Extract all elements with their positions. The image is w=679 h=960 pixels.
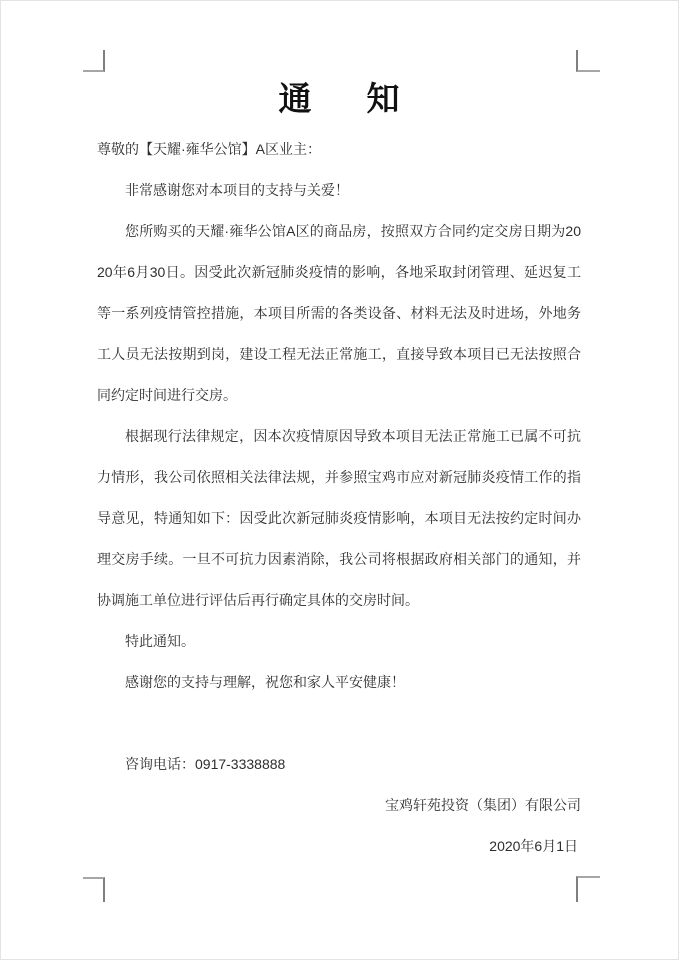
notice-document-page: 通 知 尊敬的【天耀·雍华公馆】A区业主： 非常感谢您对本项目的支持与关爱！ 您… <box>0 0 679 960</box>
salutation: 尊敬的【天耀·雍华公馆】A区业主： <box>97 129 581 170</box>
paragraph-hereby-notice: 特此通知。 <box>97 621 581 662</box>
contact-phone: 咨询电话：0917-3338888 <box>97 744 581 785</box>
paragraph-delay-explanation: 您所购买的天耀·雍华公馆A区的商品房，按照双方合同约定交房日期为2020年6月3… <box>97 211 581 416</box>
corner-mark-bottom-right-icon <box>576 876 600 902</box>
title-char-left: 通 <box>279 79 312 119</box>
paragraph-thanks-intro: 非常感谢您对本项目的支持与关爱！ <box>97 170 581 211</box>
document-body: 通 知 尊敬的【天耀·雍华公馆】A区业主： 非常感谢您对本项目的支持与关爱！ 您… <box>97 1 581 867</box>
title-char-right: 知 <box>367 79 400 119</box>
company-signature: 宝鸡轩苑投资（集团）有限公司 <box>97 785 581 826</box>
paragraph-wellwishes: 感谢您的支持与理解，祝您和家人平安健康！ <box>97 662 581 703</box>
corner-mark-bottom-left-icon <box>83 877 105 902</box>
document-text-block: 尊敬的【天耀·雍华公馆】A区业主： 非常感谢您对本项目的支持与关爱！ 您所购买的… <box>97 129 581 867</box>
paragraph-legal-basis: 根据现行法律规定，因本次疫情原因导致本项目无法正常施工已属不可抗力情形，我公司依… <box>97 416 581 621</box>
date-line: 2020年6月1日 <box>97 826 581 867</box>
document-title: 通 知 <box>97 79 581 119</box>
